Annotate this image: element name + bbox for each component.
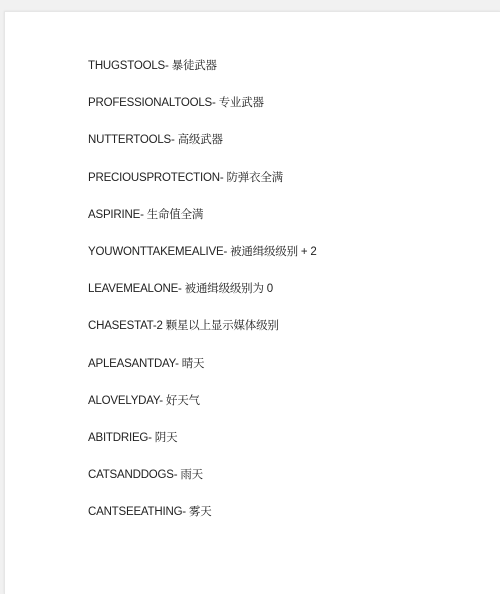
cheat-line-chasestat: CHASESTAT-2 颗星以上显示媒体级别 xyxy=(88,317,317,354)
cheat-line-catsanddogs: CATSANDDOGS- 雨天 xyxy=(88,466,317,503)
cheat-line-thugstools: THUGSTOOLS- 暴徒武器 xyxy=(88,57,317,94)
cheat-line-aspirine: ASPIRINE- 生命值全满 xyxy=(88,206,317,243)
cheat-line-cantseeathing: CANTSEEATHING- 雾天 xyxy=(88,503,317,540)
cheat-line-professionaltools: PROFESSIONALTOOLS- 专业武器 xyxy=(88,94,317,131)
cheat-line-alovelyday: ALOVELYDAY- 好天气 xyxy=(88,392,317,429)
cheat-line-apleasantday: APLEASANTDAY- 晴天 xyxy=(88,355,317,392)
cheat-code-list: THUGSTOOLS- 暴徒武器 PROFESSIONALTOOLS- 专业武器… xyxy=(88,57,317,540)
cheat-line-youwonttakemealive: YOUWONTTAKEMEALIVE- 被通缉级级别 + 2 xyxy=(88,243,317,280)
cheat-line-huttertools: NUTTERTOOLS- 高级武器 xyxy=(88,131,317,168)
cheat-line-preciousprotection: PRECIOUSPROTECTION- 防弹衣全满 xyxy=(88,169,317,206)
document-page: THUGSTOOLS- 暴徒武器 PROFESSIONALTOOLS- 专业武器… xyxy=(4,11,500,594)
cheat-line-abitdrieg: ABITDRIEG- 阴天 xyxy=(88,429,317,466)
cheat-line-leavemealone: LEAVEMEALONE- 被通缉级级别为 0 xyxy=(88,280,317,317)
